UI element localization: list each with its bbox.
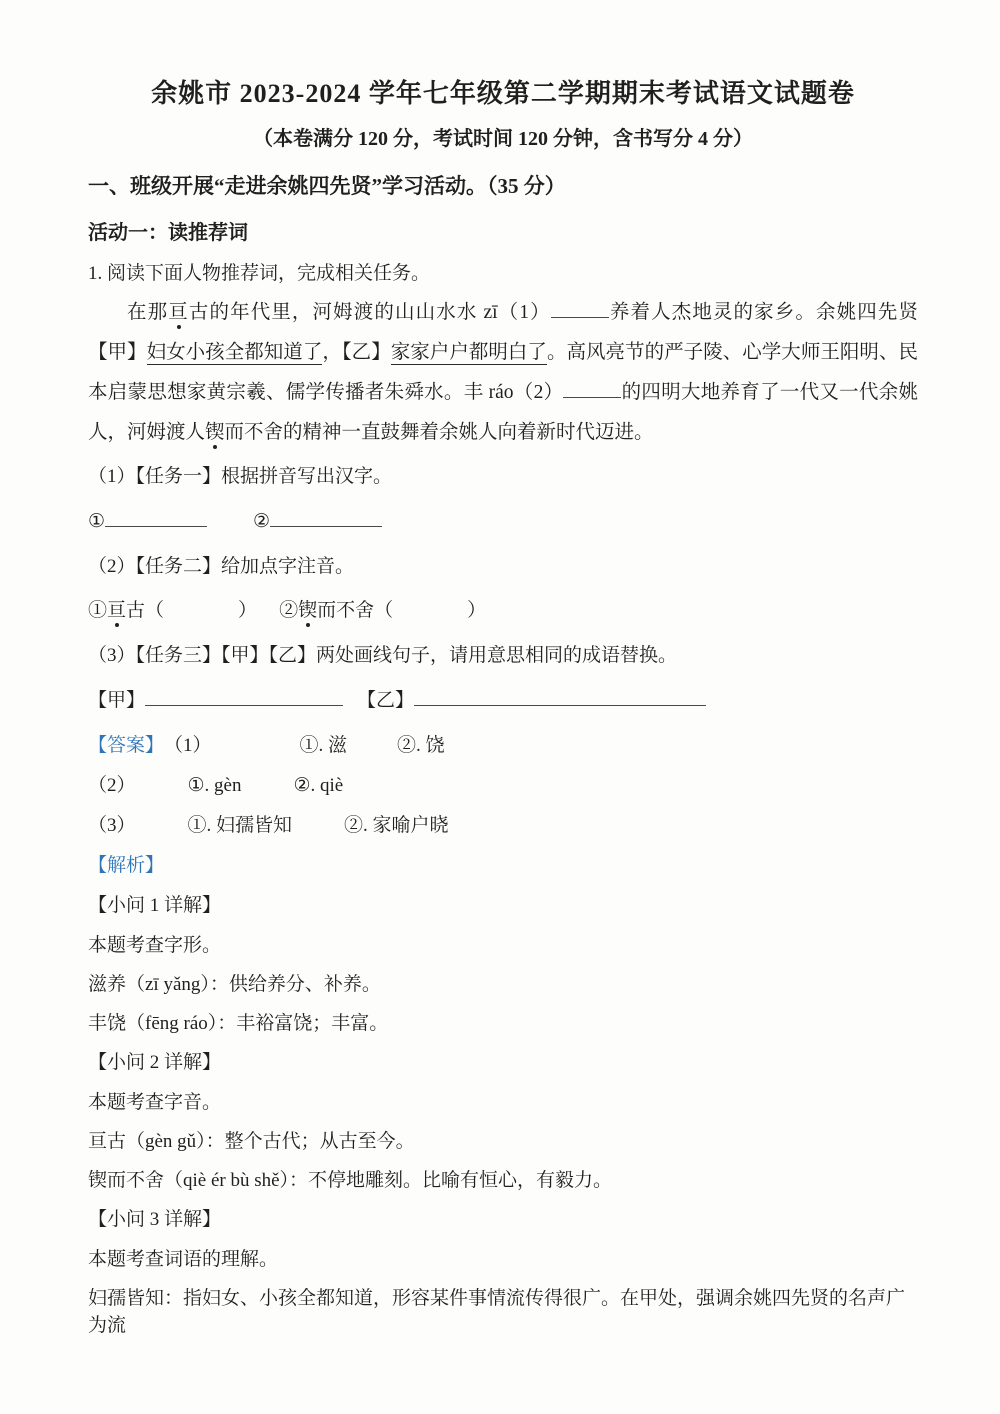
task-2-item-1-close: ） (238, 600, 257, 621)
task-3-label: （3）【任务三】【甲】【乙】两处画线句子，请用意思相同的成语替换。 (88, 642, 918, 669)
emphasized-char-gen: 亘 (168, 302, 189, 323)
answer-row-number: （2） (88, 772, 136, 800)
task-1-answer-blanks: ①② (88, 506, 918, 537)
task-2-item-2-text: 而不舍（ (317, 600, 393, 621)
analysis-line: 本题考查字音。 (88, 1089, 918, 1116)
task-2-item-1-text: 古（ (126, 600, 164, 621)
subquestion-2-heading: 【小问 2 详解】 (88, 1049, 918, 1077)
answer-row-number: （3） (88, 812, 136, 840)
jia-bracket-label: 【甲】 (88, 690, 145, 711)
task-1-label: （1）【任务一】根据拼音写出汉字。 (88, 463, 918, 490)
section-1-heading: 一、班级开展“走进余姚四先贤”学习活动。（35 分） (88, 172, 918, 200)
analysis-line: 锲而不舍（qiè ér bù shě）：不停地雕刻。比喻有恒心，有毅力。 (88, 1167, 918, 1194)
analysis-line: 亘古（gèn gǔ）：整个古代；从古至今。 (88, 1128, 918, 1155)
circled-number-2: ② (279, 600, 298, 621)
idiom-answer-blank-yi (414, 685, 706, 706)
analysis-line: 滋养（zī yǎng）：供给养分、补养。 (88, 971, 918, 998)
task-2-pinyin-items: ①亘古（）②锲而不舍（） (88, 596, 918, 626)
passage-text: 在那 (127, 302, 168, 323)
subquestion-3-heading: 【小问 3 详解】 (88, 1206, 918, 1234)
answer-item: ①. 妇孺皆知 (188, 815, 293, 836)
answer-item: ①. 滋 (300, 735, 348, 756)
paper-title: 余姚市 2023-2024 学年七年级第二学期期末考试语文试题卷 (88, 78, 918, 110)
task-2-item-2-close: ） (467, 600, 486, 621)
underlined-phrase-jia: 妇女小孩全都知道了 (147, 342, 323, 365)
circled-number-2: ② (253, 511, 270, 532)
analysis-line: 丰饶（fēng ráo）：丰裕富饶；丰富。 (88, 1010, 918, 1037)
emphasized-char-gen: 亘 (107, 600, 126, 621)
subquestion-1-heading: 【小问 1 详解】 (88, 892, 918, 920)
question-1-intro: 1. 阅读下面人物推荐词，完成相关任务。 (88, 260, 918, 287)
answer-row-number: （1） (164, 732, 212, 760)
yi-bracket-label: 【乙】 (357, 690, 414, 711)
answer-item: ②. 家喻户晓 (344, 815, 449, 836)
passage-text: 而不舍的精神一直鼓舞着余姚人向着新时代迈进。 (225, 422, 654, 443)
activity-1-heading: 活动一：读推荐词 (88, 220, 918, 246)
hanzi-answer-blank-1 (105, 506, 207, 527)
task-3-answer-blanks: 【甲】【乙】 (88, 685, 918, 716)
fill-in-blank-2 (563, 377, 621, 398)
analysis-line: 本题考查词语的理解。 (88, 1246, 918, 1273)
analysis-line-truncated: 妇孺皆知：指妇女、小孩全都知道，形容某件事情流传得很广。在甲处，强调余姚四先贤的… (88, 1285, 918, 1339)
task-2-label: （2）【任务二】给加点字注音。 (88, 553, 918, 580)
passage-text: 古的年代里，河姆渡的山山水水 zī（1） (189, 302, 551, 323)
analysis-label: 【解析】 (88, 852, 918, 880)
answer-item: ②. qiè (293, 775, 343, 796)
analysis-line: 本题考查字形。 (88, 932, 918, 959)
answer-row-1: 【答案】（1）①. 滋②. 饶 (88, 732, 918, 760)
fill-in-blank-1 (551, 297, 609, 318)
circled-number-1: ① (88, 600, 107, 621)
answer-item: ②. 饶 (397, 735, 445, 756)
underlined-phrase-yi: 家家户户都明白了 (391, 342, 547, 365)
exam-paper: 余姚市 2023-2024 学年七年级第二学期期末考试语文试题卷 （本卷满分 1… (0, 0, 1000, 1414)
answer-row-2: （2）①. gèn②. qiè (88, 772, 918, 800)
emphasized-char-qie: 锲 (205, 422, 225, 443)
answer-row-3: （3）①. 妇孺皆知②. 家喻户晓 (88, 812, 918, 840)
answer-label: 【答案】 (88, 735, 164, 756)
idiom-answer-blank-jia (145, 685, 343, 706)
passage-text: ，【乙】 (322, 342, 390, 363)
circled-number-1: ① (88, 511, 105, 532)
hanzi-answer-blank-2 (270, 506, 382, 527)
emphasized-char-qie: 锲 (298, 600, 317, 621)
answer-item: ①. gèn (188, 775, 242, 796)
recommendation-passage: 在那亘古的年代里，河姆渡的山山水水 zī（1）养着人杰地灵的家乡。余姚四先贤【甲… (88, 293, 918, 453)
paper-subtitle: （本卷满分 120 分，考试时间 120 分钟，含书写分 4 分） (88, 126, 918, 152)
